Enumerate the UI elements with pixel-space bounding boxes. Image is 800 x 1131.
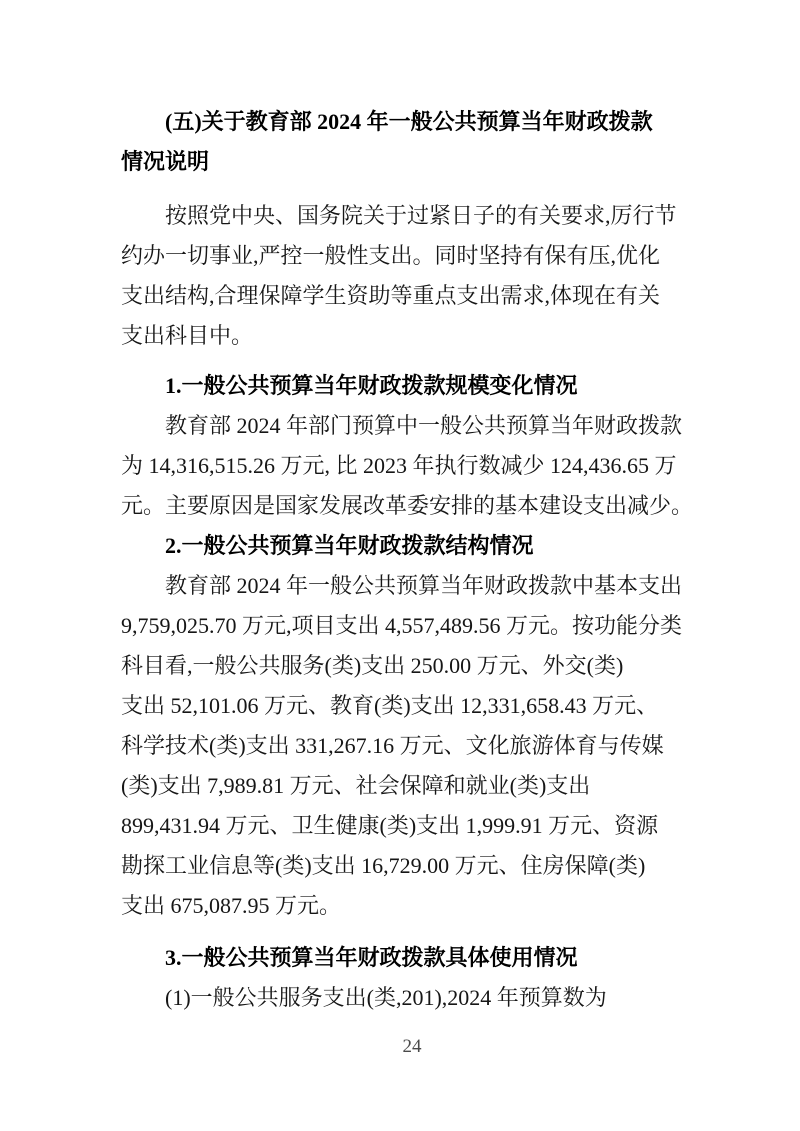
section-3: 3.一般公共预算当年财政拨款具体使用情况 (1)一般公共服务支出(类,201),…: [121, 938, 683, 1018]
intro-line: 支出科目中。: [121, 316, 683, 356]
intro-line: 约办一切事业,严控一般性支出。同时坚持有保有压,优化: [121, 236, 683, 276]
section-1-line: 教育部 2024 年部门预算中一般公共预算当年财政拨款: [121, 406, 683, 446]
intro-line: 支出结构,合理保障学生资助等重点支出需求,体现在有关: [121, 276, 683, 316]
section-2-line: 支出 52,101.06 万元、教育(类)支出 12,331,658.43 万元…: [121, 686, 683, 726]
section-2-line: 科学技术(类)支出 331,267.16 万元、文化旅游体育与传媒: [121, 726, 683, 766]
section-title-line-2: 情况说明: [121, 142, 683, 182]
section-2-line: 教育部 2024 年一般公共预算当年财政拨款中基本支出: [121, 566, 683, 606]
document-content: (五)关于教育部 2024 年一般公共预算当年财政拨款 情况说明 按照党中央、国…: [121, 102, 683, 1018]
section-2-line: 科目看,一般公共服务(类)支出 250.00 万元、外交(类): [121, 646, 683, 686]
section-2-line: (类)支出 7,989.81 万元、社会保障和就业(类)支出: [121, 766, 683, 806]
section-2-line: 899,431.94 万元、卫生健康(类)支出 1,999.91 万元、资源: [121, 806, 683, 846]
intro-line: 按照党中央、国务院关于过紧日子的有关要求,厉行节: [121, 196, 683, 236]
page-number: 24: [12, 1036, 800, 1058]
section-2-line: 9,759,025.70 万元,项目支出 4,557,489.56 万元。按功能…: [121, 606, 683, 646]
section-1: 1.一般公共预算当年财政拨款规模变化情况 教育部 2024 年部门预算中一般公共…: [121, 366, 683, 526]
section-2-heading: 2.一般公共预算当年财政拨款结构情况: [121, 526, 683, 566]
section-2-line: 支出 675,087.95 万元。: [121, 886, 683, 926]
section-3-heading: 3.一般公共预算当年财政拨款具体使用情况: [121, 938, 683, 978]
intro-paragraph: 按照党中央、国务院关于过紧日子的有关要求,厉行节 约办一切事业,严控一般性支出。…: [121, 196, 683, 356]
section-1-heading: 1.一般公共预算当年财政拨款规模变化情况: [121, 366, 683, 406]
document-page: (五)关于教育部 2024 年一般公共预算当年财政拨款 情况说明 按照党中央、国…: [0, 0, 800, 1131]
section-title: (五)关于教育部 2024 年一般公共预算当年财政拨款 情况说明: [121, 102, 683, 182]
section-1-line: 为 14,316,515.26 万元, 比 2023 年执行数减少 124,43…: [121, 446, 683, 486]
section-2: 2.一般公共预算当年财政拨款结构情况 教育部 2024 年一般公共预算当年财政拨…: [121, 526, 683, 926]
section-1-line: 元。主要原因是国家发展改革委安排的基本建设支出减少。: [121, 486, 683, 526]
section-title-line-1: (五)关于教育部 2024 年一般公共预算当年财政拨款: [121, 102, 683, 142]
section-2-line: 勘探工业信息等(类)支出 16,729.00 万元、住房保障(类): [121, 846, 683, 886]
section-3-line: (1)一般公共服务支出(类,201),2024 年预算数为: [121, 978, 683, 1018]
